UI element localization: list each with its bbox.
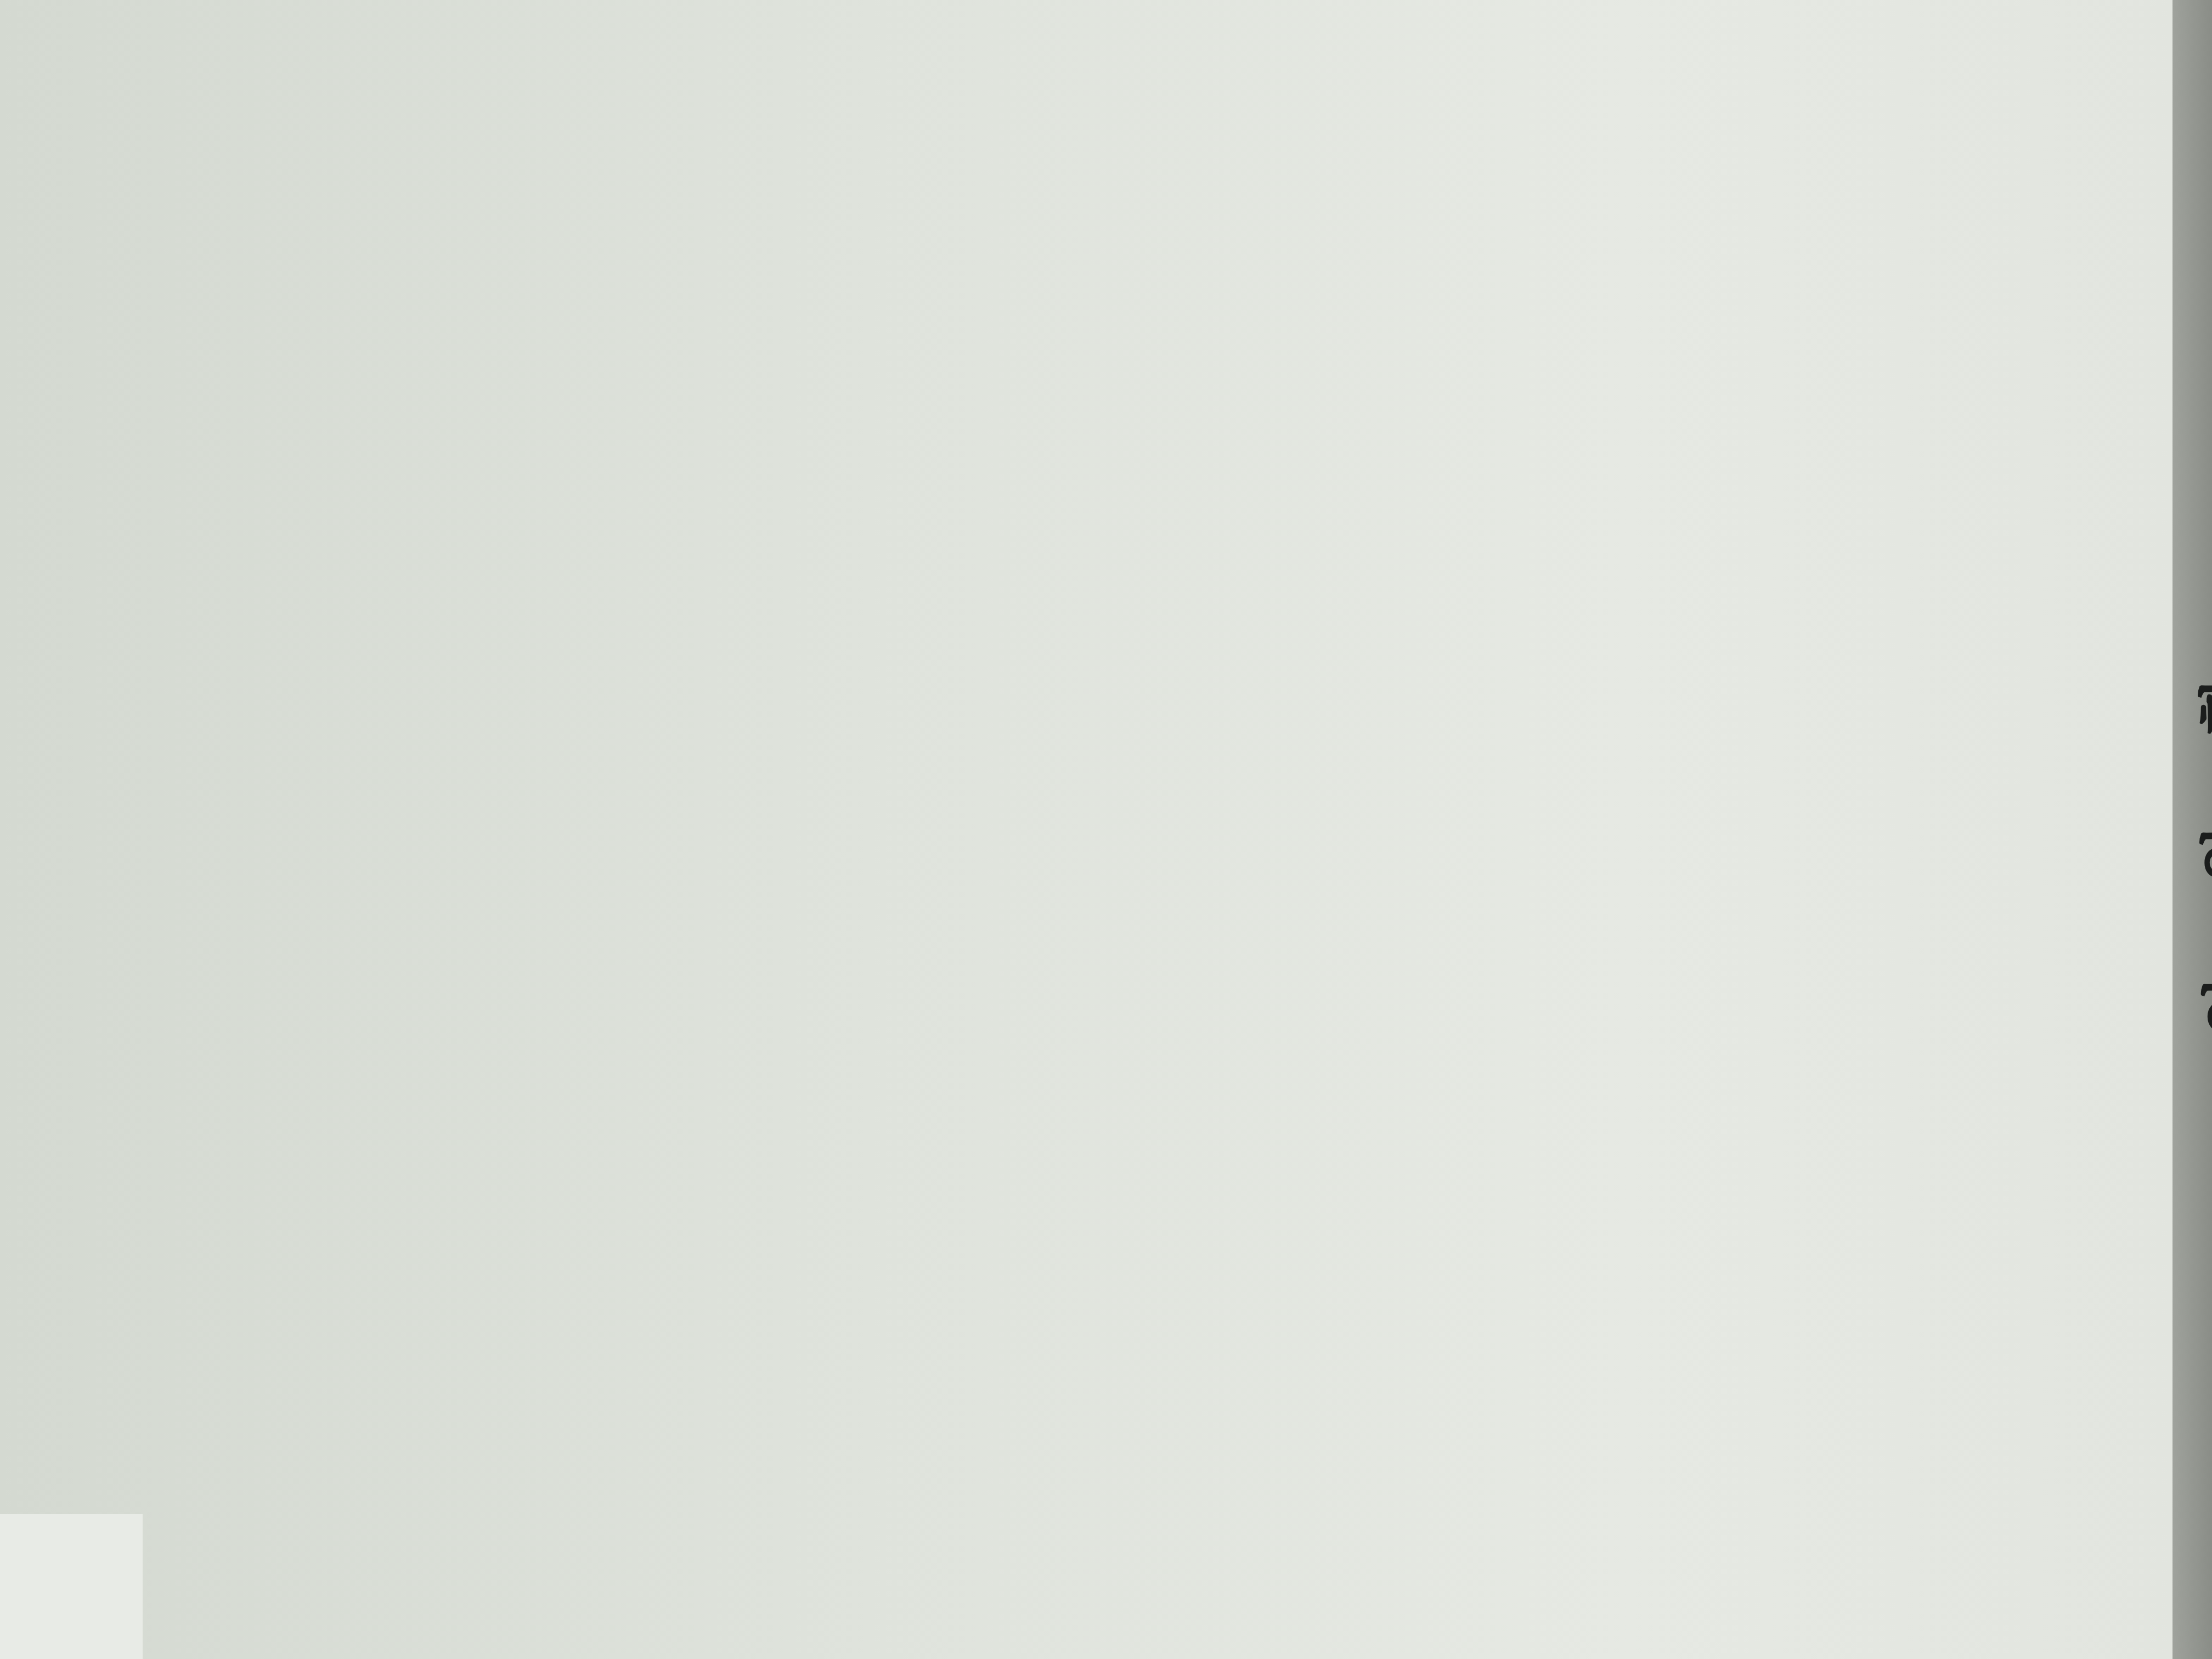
underlying-sheet — [0, 1514, 143, 1659]
paper-background — [0, 0, 2172, 1659]
admission-certificate: 입 원 확 인 서 병록번호 47852 연 번 호 2025-03555 주민… — [2118, 84, 2212, 1613]
document-title: 입 원 확 인 서 — [2179, 590, 2212, 1086]
